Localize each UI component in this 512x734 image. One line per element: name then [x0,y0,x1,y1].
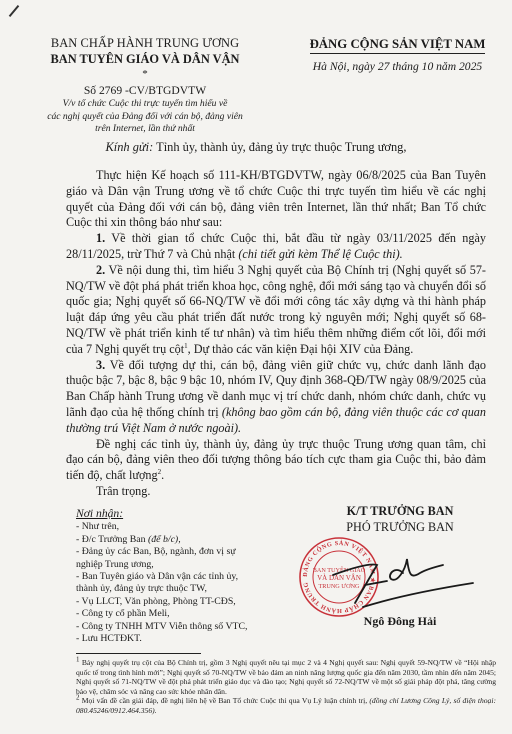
party-header: ĐẢNG CỘNG SẢN VIỆT NAM Hà Nội, ngày 27 t… [285,35,510,73]
agency-name: BAN TUYÊN GIÁO VÀ DÂN VẬN [40,52,250,67]
list-item: - Công ty cổ phần Meli, [76,608,276,620]
item-1: 1. Về thời gian tổ chức Cuộc thi, bắt đầ… [66,231,486,263]
list-item: - Đảng ủy các Ban, Bộ, ngành, đơn vị sự [76,546,276,558]
handwritten-signature-icon [325,545,475,615]
intro-paragraph: Thực hiện Kế hoạch số 111-KH/BTGDVTW, ng… [66,168,486,231]
central-committee-label: BAN CHẤP HÀNH TRUNG ƯƠNG [40,36,250,51]
signatory-title: PHÓ TRƯỞNG BAN [300,520,500,535]
recipient-line: Kính gửi: Tỉnh ủy, thành ủy, đảng ủy trự… [0,140,512,155]
recipient-label: Kính gửi: [106,140,154,154]
request-paragraph: Đề nghị các tỉnh ủy, thành ủy, đảng ủy t… [66,437,486,484]
star-separator: * [40,70,250,78]
item-2: 2. Về nội dung thi, tìm hiểu 3 Nghị quyế… [66,263,486,358]
recipients-list: Nơi nhận: - Như trên, - Đ/c Trưởng Ban (… [76,508,276,645]
list-item: nghiệp Trung ương, [76,559,276,571]
signature-block: K/T TRƯỞNG BAN PHÓ TRƯỞNG BAN Ngô Đông H… [300,504,500,535]
list-item: - Đ/c Trưởng Ban (để b/c), [76,534,276,546]
issue-date: Hà Nội, ngày 27 tháng 10 năm 2025 [285,60,510,73]
footnote-1: 1 Bảy nghị quyết trụ cột của Bộ Chính tr… [76,658,496,696]
item-3: 3. Về đối tượng dự thi, cán bộ, đảng viê… [66,358,486,437]
pen-mark [9,5,20,17]
list-item: thành ủy, đảng ủy trực thuộc TW, [76,583,276,595]
list-item: - Lưu HCTĐKT. [76,633,276,645]
letter-body: Thực hiện Kế hoạch số 111-KH/BTGDVTW, ng… [66,168,486,500]
recipients-title: Nơi nhận: [76,508,276,520]
list-item: - Ban Tuyên giáo và Dân vận các tỉnh ủy, [76,571,276,583]
footnote-2: 2 Mọi vấn đề cần giải đáp, đề nghị liên … [76,696,496,715]
footnote-divider [76,653,201,654]
footnotes: 1 Bảy nghị quyết trụ cột của Bộ Chính tr… [76,658,496,716]
party-name: ĐẢNG CỘNG SẢN VIỆT NAM [310,37,486,54]
list-item: - Như trên, [76,521,276,533]
document-page: BAN CHẤP HÀNH TRUNG ƯƠNG BAN TUYÊN GIÁO … [0,0,512,734]
document-number: Số 2769 -CV/BTGDVTW [40,84,250,97]
closing: Trân trọng. [66,484,486,500]
list-item: - Vụ LLCT, Văn phòng, Phòng TT-CĐS, [76,596,276,608]
subject-line-3: trên Internet, lần thứ nhất [40,123,250,135]
issuing-agency-header: BAN CHẤP HÀNH TRUNG ƯƠNG BAN TUYÊN GIÁO … [40,36,250,135]
subject-line-2: các nghị quyết của Đảng đối với cán bộ, … [40,111,250,123]
list-item: - Công ty TNHH MTV Viễn thông số VTC, [76,621,276,633]
recipient-text: Tỉnh ủy, thành ủy, đảng ủy trực thuộc Tr… [153,140,406,154]
subject-line-1: V/v tổ chức Cuộc thi trực tuyến tìm hiểu… [40,98,250,110]
signatory-authority: K/T TRƯỞNG BAN [300,504,500,519]
